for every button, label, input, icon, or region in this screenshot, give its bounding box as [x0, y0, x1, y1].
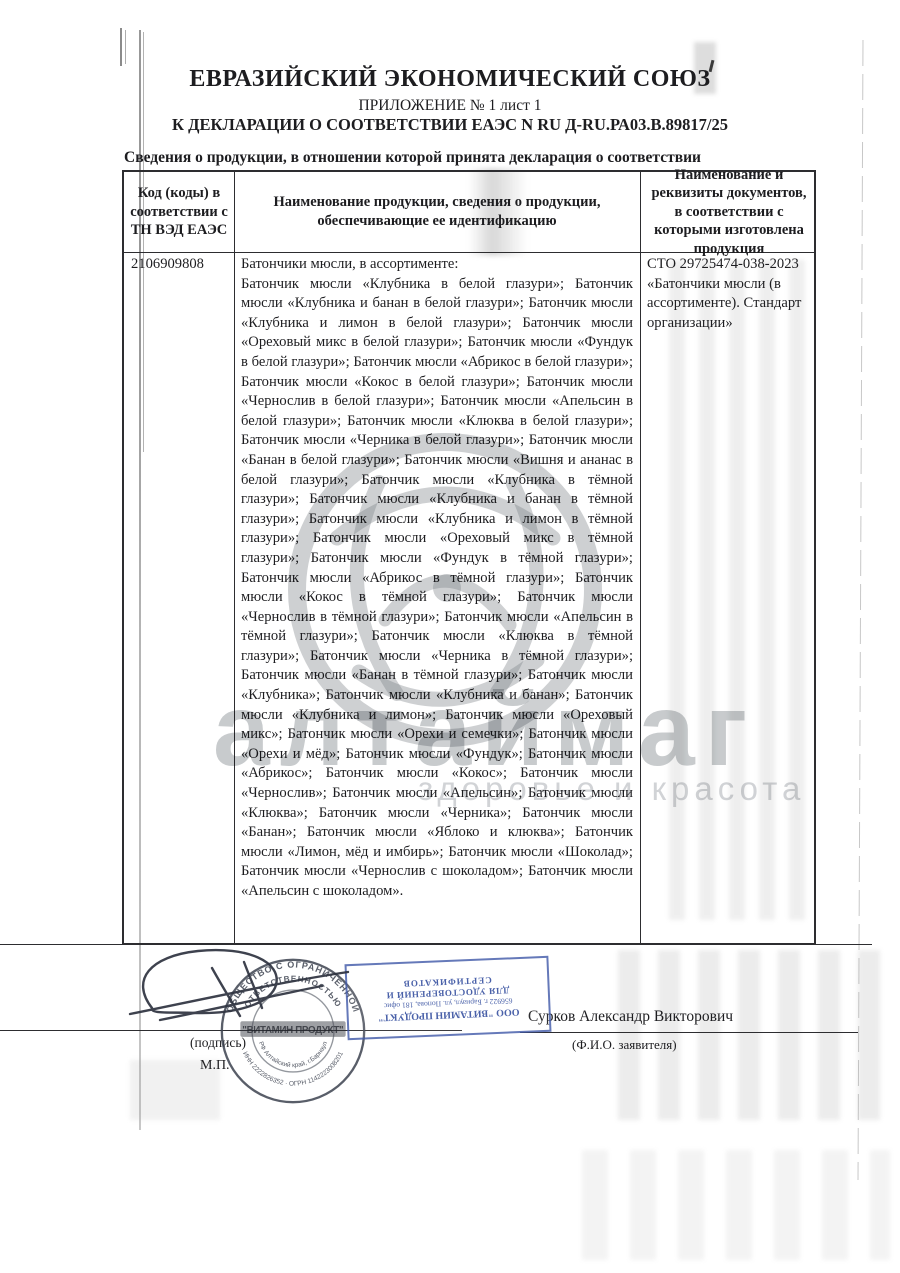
- applicant-label: (Ф.И.О. заявителя): [572, 1037, 677, 1053]
- product-cell: Батончики мюсли, в ассортименте: Батончи…: [234, 252, 640, 905]
- stamp-ring-bottom-inner: РФ Алтайский край, г.Барнаул: [257, 1040, 329, 1069]
- stamp-center-text: "ВИТАМИН ПРОДУКТ": [242, 1025, 343, 1036]
- docs-cell: СТО 29725474-038-2023 «Батончики мюсли (…: [640, 252, 818, 336]
- scan-noise-streak: [600, 950, 890, 1120]
- tnved-code: 2106909808: [131, 256, 204, 272]
- products-table: Код (коды) в соответствии с ТН ВЭД ЕАЭС …: [122, 170, 816, 945]
- standard-reference: СТО 29725474-038-2023 «Батончики мюсли (…: [647, 256, 801, 331]
- product-text: Батончик мюсли «Клубника в белой глазури…: [241, 276, 633, 899]
- scan-edge-line: [858, 40, 864, 1180]
- applicant-name-line: [520, 1032, 858, 1033]
- svg-text:РФ Алтайский край, г.Барнаул: РФ Алтайский край, г.Барнаул: [257, 1040, 329, 1069]
- appendix-line: ПРИЛОЖЕНИЕ № 1 лист 1: [0, 97, 900, 115]
- table-bottom-extension-line: [0, 944, 872, 945]
- document-title: ЕВРАЗИЙСКИЙ ЭКОНОМИЧЕСКИЙ СОЮЗ: [0, 66, 900, 93]
- scan-edge-line: [120, 28, 122, 66]
- column-header-product: Наименование продукции, сведения о проду…: [234, 172, 640, 252]
- column-header-code: Код (коды) в соответствии с ТН ВЭД ЕАЭС: [124, 172, 234, 252]
- column-header-docs: Наименование и реквизиты документов, в с…: [640, 172, 818, 252]
- section-title: Сведения о продукции, в отношении которо…: [124, 149, 701, 167]
- scanned-declaration-page: { "header": { "org": "ЕВРАЗИЙСКИЙ ЭКОНОМ…: [0, 0, 900, 1273]
- applicant-name: Сурков Александр Викторович: [528, 1008, 733, 1026]
- product-intro: Батончики мюсли, в ассортименте:: [241, 255, 633, 275]
- code-cell: 2106909808: [124, 252, 234, 278]
- declaration-number-line: К ДЕКЛАРАЦИИ О СООТВЕТСТВИИ ЕАЭС N RU Д-…: [0, 115, 900, 135]
- rect-certificates-stamp: ООО "ВИТАМИН ПРОДУКТ" 656922 г. Барнаул,…: [344, 956, 551, 1040]
- scan-edge-line: [125, 30, 126, 64]
- scan-noise-streak: [560, 1150, 890, 1260]
